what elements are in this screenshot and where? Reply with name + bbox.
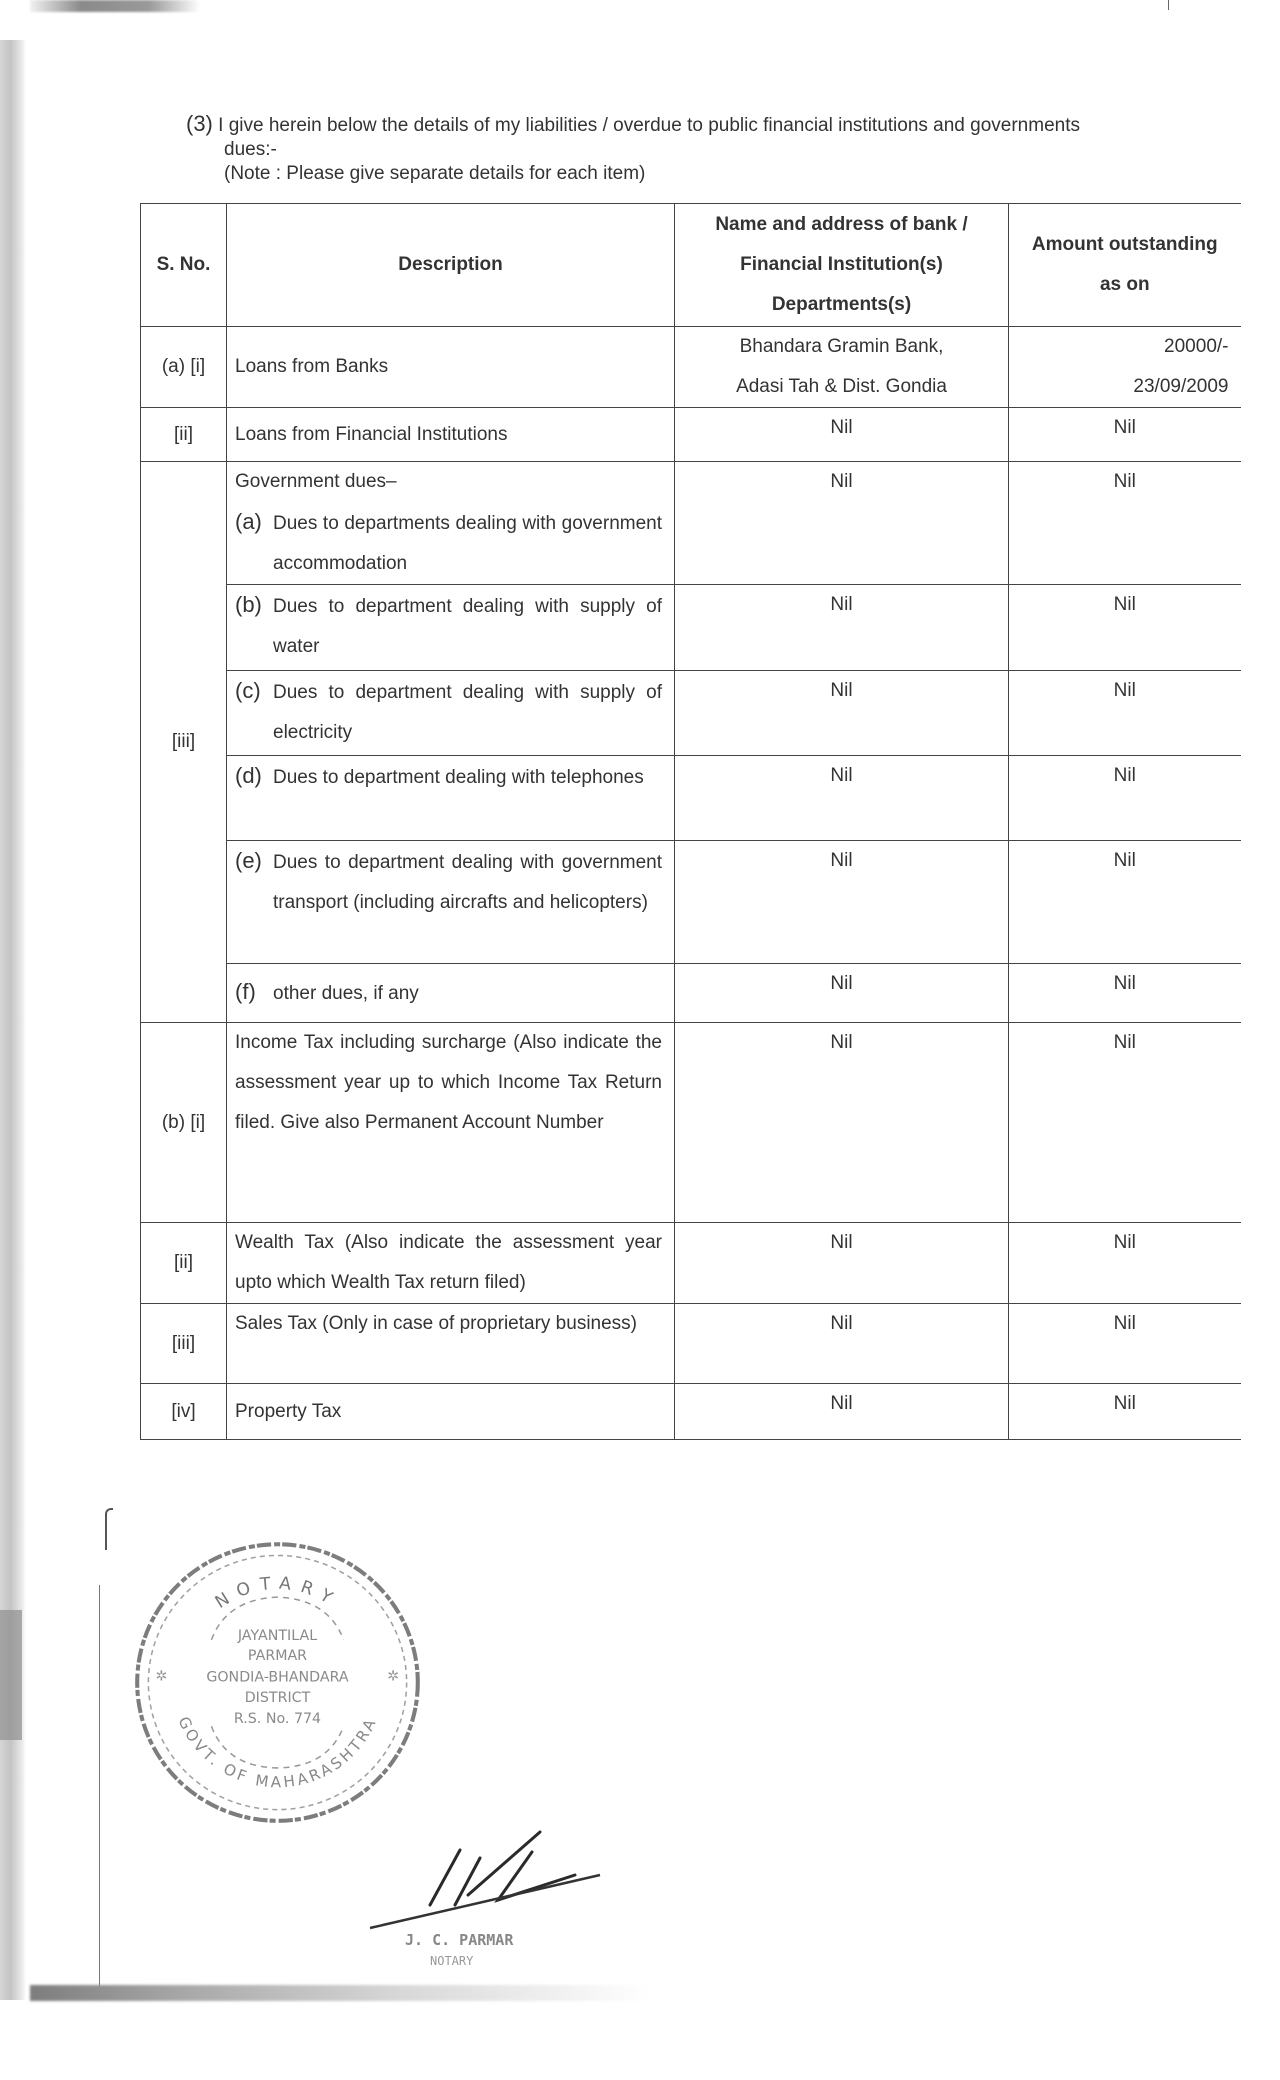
row-bank: Nil: [675, 408, 1009, 462]
header-description: Description: [227, 204, 675, 327]
intro-line2: dues:-: [186, 138, 1246, 162]
stamp-line: JAYANTILAL: [237, 1628, 317, 1644]
scan-artifact: [0, 1610, 22, 1740]
signer-title: NOTARY: [430, 1954, 474, 1968]
table-row: (b) [i] Income Tax including surcharge (…: [141, 1023, 1241, 1223]
star-icon: ✲: [156, 1669, 168, 1685]
stamp-line: GONDIA-BHANDARA: [206, 1670, 349, 1686]
row-sno: (b) [i]: [141, 1023, 227, 1223]
table-row: (b)Dues to department dealing with suppl…: [141, 585, 1241, 671]
row-amount: Nil: [1009, 964, 1241, 1023]
row-bank: Nil: [675, 671, 1009, 756]
row-sno: [iv]: [141, 1384, 227, 1440]
table-row: (a) [i] Loans from Banks Bhandara Gramin…: [141, 327, 1241, 408]
row-bank: Bhandara Gramin Bank, Adasi Tah & Dist. …: [675, 327, 1009, 408]
scan-shadow-bottom: [30, 1985, 650, 2001]
table-row: (f)other dues, if any Nil Nil: [141, 964, 1241, 1023]
table-row: [ii] Loans from Financial Institutions N…: [141, 408, 1241, 462]
signer-name: J. C. PARMAR: [405, 1931, 514, 1949]
row-description: (b)Dues to department dealing with suppl…: [227, 585, 675, 671]
row-sno: [ii]: [141, 1223, 227, 1304]
row-amount: Nil: [1009, 1304, 1241, 1384]
section-number: (3): [186, 111, 213, 136]
row-sno: [ii]: [141, 408, 227, 462]
header-amount: Amount outstanding as on: [1009, 204, 1241, 327]
row-description: Loans from Financial Institutions: [227, 408, 675, 462]
row-amount: Nil: [1009, 462, 1241, 585]
header-bank: Name and address of bank / Financial Ins…: [675, 204, 1009, 327]
row-description: Income Tax including surcharge (Also ind…: [227, 1023, 675, 1223]
stamp-line: R.S. No. 774: [234, 1711, 321, 1727]
intro-line1: (3) I give herein below the details of m…: [186, 112, 1246, 138]
row-bank: Nil: [675, 1223, 1009, 1304]
table-row: [iv] Property Tax Nil Nil: [141, 1384, 1241, 1440]
row-description: Government dues– (a)Dues to departments …: [227, 462, 675, 585]
signature: J. C. PARMAR NOTARY: [350, 1810, 610, 1970]
row-sno: (a) [i]: [141, 327, 227, 408]
intro-note: (Note : Please give separate details for…: [186, 162, 1246, 186]
stamp-line: PARMAR: [248, 1648, 307, 1664]
row-amount: Nil: [1009, 1223, 1241, 1304]
row-amount: Nil: [1009, 585, 1241, 671]
table-header-row: S. No. Description Name and address of b…: [141, 204, 1241, 327]
row-sno: [iii]: [141, 1304, 227, 1384]
row-bank: Nil: [675, 841, 1009, 964]
star-icon: ✲: [387, 1669, 399, 1685]
liabilities-intro: (3) I give herein below the details of m…: [186, 112, 1246, 186]
table-row: [ii] Wealth Tax (Also indicate the asses…: [141, 1223, 1241, 1304]
liabilities-table: S. No. Description Name and address of b…: [140, 203, 1241, 1440]
row-bank: Nil: [675, 1384, 1009, 1440]
table-row: [iii] Government dues– (a)Dues to depart…: [141, 462, 1241, 585]
table-row: [iii] Sales Tax (Only in case of proprie…: [141, 1304, 1241, 1384]
row-bank: Nil: [675, 585, 1009, 671]
row-amount: Nil: [1009, 671, 1241, 756]
stamp-line: DISTRICT: [245, 1690, 311, 1706]
row-bank: Nil: [675, 964, 1009, 1023]
row-description: (e)Dues to department dealing with gover…: [227, 841, 675, 964]
table-row: (d)Dues to department dealing with telep…: [141, 756, 1241, 841]
row-amount: Nil: [1009, 408, 1241, 462]
pen-mark: [105, 1508, 113, 1550]
page-edge: [99, 1585, 100, 1990]
row-description: (c)Dues to department dealing with suppl…: [227, 671, 675, 756]
scan-shadow-top: [30, 0, 200, 12]
table-row: (e)Dues to department dealing with gover…: [141, 841, 1241, 964]
row-description: (d)Dues to department dealing with telep…: [227, 756, 675, 841]
row-description: (f)other dues, if any: [227, 964, 675, 1023]
row-amount: 20000/- 23/09/2009: [1009, 327, 1241, 408]
row-amount: Nil: [1009, 756, 1241, 841]
row-description: Wealth Tax (Also indicate the assessment…: [227, 1223, 675, 1304]
stamp-top-text: NOTARY: [212, 1574, 343, 1613]
row-sno: [iii]: [141, 462, 227, 1023]
row-description: Loans from Banks: [227, 327, 675, 408]
scan-mark: [1168, 0, 1169, 10]
row-bank: Nil: [675, 756, 1009, 841]
row-amount: Nil: [1009, 1384, 1241, 1440]
table-row: (c)Dues to department dealing with suppl…: [141, 671, 1241, 756]
row-bank: Nil: [675, 1023, 1009, 1223]
row-description: Sales Tax (Only in case of proprietary b…: [227, 1304, 675, 1384]
row-bank: Nil: [675, 462, 1009, 585]
notary-stamp: NOTARY GOVT. OF MAHARASHTRA JAYANTILAL P…: [125, 1528, 430, 1833]
row-amount: Nil: [1009, 841, 1241, 964]
row-description: Property Tax: [227, 1384, 675, 1440]
header-sno: S. No.: [141, 204, 227, 327]
row-bank: Nil: [675, 1304, 1009, 1384]
row-amount: Nil: [1009, 1023, 1241, 1223]
